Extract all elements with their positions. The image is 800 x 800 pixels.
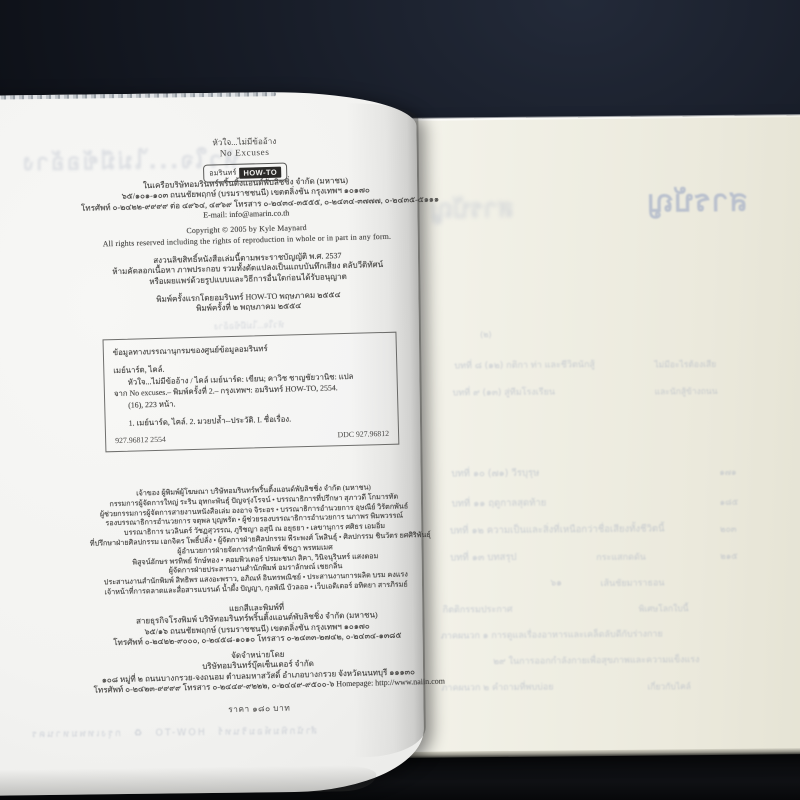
bleedthrough-line: ๒๐๓ xyxy=(720,522,737,536)
bleedthrough-line: ไม่มีอะไรต้องเสีย xyxy=(654,357,716,372)
right-blank-page: สารบัญ สารบัญ (๒)บทที่ ๘ (๑๒) กติกา ท่า … xyxy=(396,115,800,753)
bleedthrough-line: ภาคผนวก ๑ การดูแลเรื่องอาหารและเคล็ดลับด… xyxy=(441,626,663,642)
bleedthrough-line: บทที่ ๑๐ (๗๑) วีรบุรุษ xyxy=(451,466,539,482)
catalog-lines: ข้อมูลทางบรรณานุกรมของศูนย์ข้อมูลอมรินทร… xyxy=(113,340,389,430)
bleedthrough-line: เกี่ยวกับไคล์ xyxy=(647,679,691,693)
bleedthrough-line: บทที่ ๑๓ บทสรุป xyxy=(450,550,516,566)
bleedthrough-line: ๒๑๕ xyxy=(720,549,738,563)
copyright-page: หัวใจ...ไม่มีข้ออ้าง หัวใจ...ไม่มีข้ออ้า… xyxy=(0,90,425,795)
logo-prefix-text: อมรินทร์ xyxy=(209,167,236,180)
bleedthrough-line: พิเศษโลกใบนี้ xyxy=(639,601,689,615)
page-bottom-shadow xyxy=(0,765,377,796)
howto-badge: HOW-TO xyxy=(239,166,281,178)
page-curl-shadow xyxy=(346,102,426,757)
catalog-line: ข้อมูลทางบรรณานุกรมของศูนย์ข้อมูลอมรินทร… xyxy=(113,340,387,359)
price-text: ราคา ๑๘๐ บาท xyxy=(228,704,290,715)
call-number: 927.96812 2554 xyxy=(115,435,166,445)
catalog-footer: 927.96812 2554 DDC 927.96812 xyxy=(115,429,389,445)
catalog-line: 1. เมย์นาร์ด, ไคล์. 2. มวยปล้ำ--ประวัติ.… xyxy=(115,411,389,430)
contents-rows-bleedthrough: (๒)บทที่ ๘ (๑๒) กติกา ท่า และชีวิตนักสู้… xyxy=(396,115,800,753)
bleedthrough-line: ๒๙ ในการออกกำลังกายเพื่อสุขภาพและความแข็… xyxy=(493,652,699,668)
bleedthrough-line: (๒) xyxy=(480,328,492,341)
bleedthrough-line: บทที่ ๙ (๑๓) สู่ทีมโรงเรียน xyxy=(453,384,556,399)
bleedthrough-line: กิตติกรรมประกาศ xyxy=(443,602,513,617)
bleedthrough-line: บทที่ ๑๒ ความเป็นและสิ่งที่เหนือกว่าชื่อ… xyxy=(450,521,665,538)
bleedthrough-line: กระแสกดดัน xyxy=(596,550,646,564)
bleedthrough-line: และนักสู้ข้างถนน xyxy=(655,384,718,399)
open-book-photo: สารบัญ สารบัญ (๒)บทที่ ๘ (๑๒) กติกา ท่า … xyxy=(0,0,800,800)
bleedthrough-line: บทที่ ๑๑ ฤดูกาลสุดท้าย xyxy=(452,496,547,512)
bleedthrough-line: ๖๑ xyxy=(550,575,562,589)
bleedthrough-line: ภาคผนวก ๒ คำถามที่พบบ่อย xyxy=(441,680,553,695)
bleedthrough-line: บทที่ ๘ (๑๒) กติกา ท่า และชีวิตนักสู้ xyxy=(454,357,595,372)
bleedthrough-line: เส้นชัยมาราธอน xyxy=(600,575,664,590)
bleedthrough-line: ๑๗๑ xyxy=(719,465,736,479)
bleedthrough-line: ๑๘๕ xyxy=(720,495,739,509)
